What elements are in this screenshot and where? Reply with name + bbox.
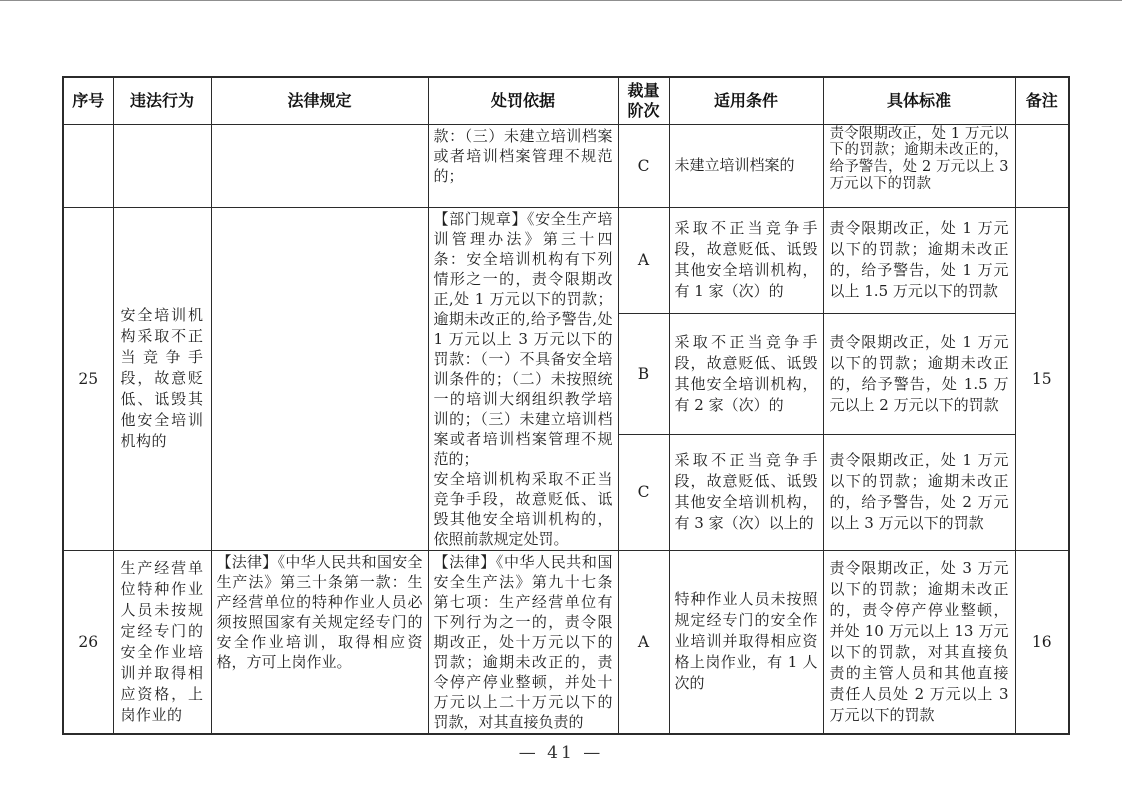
table-row-25-a: 25 安全培训机构采取不正当竞争手段，故意贬低、诋毁其他安全培训机构的 【部门规… — [63, 207, 1069, 313]
cell-penalty-basis: 【部门规章】《安全生产培训管理办法》第三十四条：安全培训机构有下列情形之一的，责… — [428, 207, 618, 550]
col-header-specific-standard: 具体标准 — [823, 77, 1015, 124]
cell-law-empty — [211, 124, 428, 207]
cell-discretion-level: B — [618, 313, 669, 434]
cell-behavior: 安全培训机构采取不正当竞争手段，故意贬低、诋毁其他安全培训机构的 — [113, 207, 211, 550]
cell-standard: 责令限期改正，处 1 万元以下的罚款；逾期未改正的，给予警告，处 1 万元以上 … — [823, 207, 1015, 313]
document-page: 序号 违法行为 法律规定 处罚依据 裁量阶次 适用条件 具体标准 备注 款：（三… — [0, 0, 1122, 793]
cell-discretion-level: A — [618, 550, 669, 734]
cell-condition: 采取不正当竞争手段，故意贬低、诋毁其他安全培训机构，有 1 家（次）的 — [669, 207, 823, 313]
cell-serial-number-empty — [63, 124, 113, 207]
col-header-illegal-behavior: 违法行为 — [113, 77, 211, 124]
header-row: 序号 违法行为 法律规定 处罚依据 裁量阶次 适用条件 具体标准 备注 — [63, 77, 1069, 124]
cell-serial-number: 25 — [63, 207, 113, 550]
cell-remark-empty — [1015, 124, 1069, 207]
cell-standard: 责令限期改正，处 1 万元以下的罚款；逾期未改正的，给予警告，处 2 万元以上 … — [823, 435, 1015, 550]
cell-condition: 未建立培训档案的 — [669, 124, 823, 207]
cell-condition: 采取不正当竞争手段，故意贬低、诋毁其他安全培训机构，有 3 家（次）以上的 — [669, 435, 823, 550]
penalty-basis-paragraph-2: 安全培训机构采取不正当竞争手段，故意贬低、诋毁其他安全培训机构的，依照前款规定处… — [434, 469, 613, 549]
cell-penalty-basis: 【法律】《中华人民共和国安全生产法》第九十七条第七项：生产经营单位有下列行为之一… — [428, 550, 618, 734]
cell-discretion-level: A — [618, 207, 669, 313]
cell-behavior-empty — [113, 124, 211, 207]
cell-condition: 特种作业人员未按照规定经专门的安全作业培训并取得相应资格上岗作业，有 1 人次的 — [669, 550, 823, 734]
col-header-serial-number: 序号 — [63, 77, 113, 124]
cell-standard: 责令限期改正，处 3 万元以下的罚款；逾期未改正的，责令停产停业整顿，并处 10… — [823, 550, 1015, 734]
cell-condition: 采取不正当竞争手段，故意贬低、诋毁其他安全培训机构，有 2 家（次）的 — [669, 313, 823, 434]
cell-remark: 15 — [1015, 207, 1069, 550]
cell-discretion-level: C — [618, 124, 669, 207]
cell-penalty-basis: 款：（三）未建立培训档案或者培训档案管理不规范的； — [428, 124, 618, 207]
cell-behavior: 生产经营单位特种作业人员未按规定经专门的安全作业培训并取得相应资格，上岗作业的 — [113, 550, 211, 734]
cell-law-empty — [211, 207, 428, 550]
col-header-applicable-condition: 适用条件 — [669, 77, 823, 124]
cell-serial-number: 26 — [63, 550, 113, 734]
cell-remark: 16 — [1015, 550, 1069, 734]
col-header-penalty-basis: 处罚依据 — [428, 77, 618, 124]
cell-law: 【法律】《中华人民共和国安全生产法》第三十条第一款：生产经营单位的特种作业人员必… — [211, 550, 428, 734]
table-row-continuation: 款：（三）未建立培训档案或者培训档案管理不规范的； C 未建立培训档案的 责令限… — [63, 124, 1069, 207]
col-header-discretion-level: 裁量阶次 — [618, 77, 669, 124]
page-number: — 41 — — [0, 743, 1122, 763]
col-header-legal-provision: 法律规定 — [211, 77, 428, 124]
penalty-standards-table: 序号 违法行为 法律规定 处罚依据 裁量阶次 适用条件 具体标准 备注 款：（三… — [62, 76, 1070, 735]
cell-standard: 责令限期改正，处 1 万元以下的罚款；逾期未改正的，给予警告，处 1.5 万元以… — [823, 313, 1015, 434]
col-header-remark: 备注 — [1015, 77, 1069, 124]
cell-discretion-level: C — [618, 435, 669, 550]
penalty-basis-paragraph-1: 【部门规章】《安全生产培训管理办法》第三十四条：安全培训机构有下列情形之一的，责… — [434, 209, 613, 469]
cell-standard: 责令限期改正，处 1 万元以下的罚款；逾期未改正的，给予警告，处 2 万元以上 … — [823, 124, 1015, 207]
page-top-divider — [0, 0, 1122, 1]
table-row-26: 26 生产经营单位特种作业人员未按规定经专门的安全作业培训并取得相应资格，上岗作… — [63, 550, 1069, 734]
